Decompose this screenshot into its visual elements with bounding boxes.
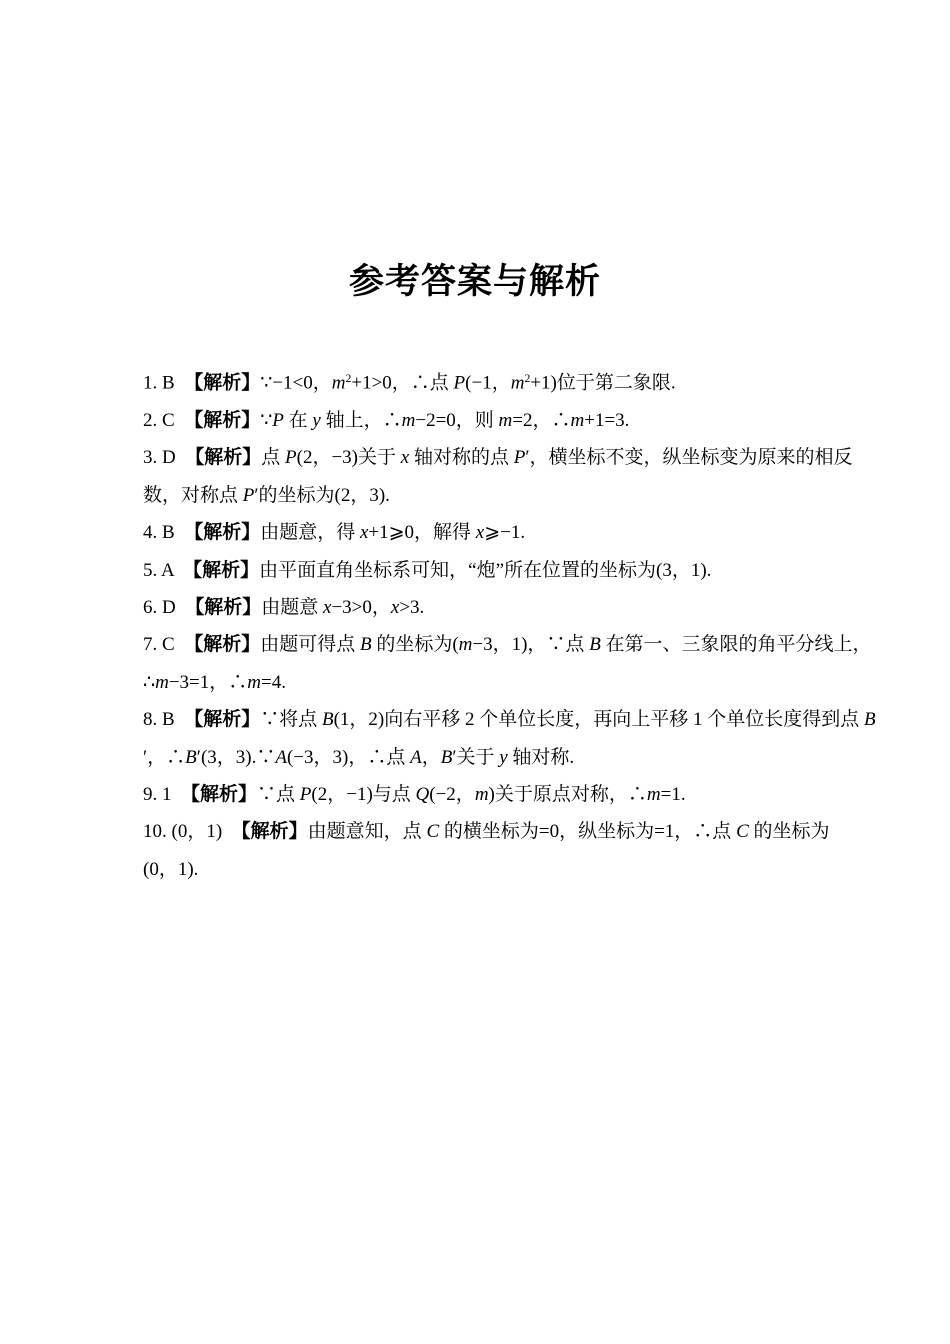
answer-line: 8. B 【解析】∵将点 B(1，2)向右平移 2 个单位长度，再向上平移 1 … — [143, 701, 833, 738]
text-run: 10. (0，1) — [143, 821, 241, 842]
text-run: ∴ — [143, 672, 155, 693]
text-run: ∵−1<0， — [260, 372, 332, 393]
analysis-label: 【解析】 — [194, 709, 261, 730]
math-variable: y — [312, 410, 320, 431]
answer-line: ′，∴B′(3，3).∵A(−3，3)，∴点 A，B′关于 y 轴对称. — [143, 739, 833, 776]
analysis-label: 【解析】 — [241, 821, 308, 842]
answer-line: 4. B 【解析】由题意，得 x+1⩾0，解得 x⩾−1. — [143, 514, 833, 551]
math-variable: y — [499, 747, 507, 768]
text-run: 轴对称. — [508, 747, 575, 768]
text-run: ′的坐标为(2，3). — [254, 485, 390, 506]
answer-item-8: 8. B 【解析】∵将点 B(1，2)向右平移 2 个单位长度，再向上平移 1 … — [143, 701, 833, 776]
math-variable: A — [410, 747, 422, 768]
text-run: 在第一、三象限的角平分线上， — [601, 634, 872, 655]
math-variable: C — [426, 821, 439, 842]
text-run: =4. — [261, 672, 286, 693]
text-run: ′，∴ — [143, 747, 185, 768]
answer-item-10: 10. (0，1) 【解析】由题意知，点 C 的横坐标为=0，纵坐标为=1，∴点… — [143, 813, 833, 888]
text-run: +1)位于第二象限. — [530, 372, 675, 393]
text-run: 点 — [261, 447, 285, 468]
analysis-label: 【解析】 — [193, 560, 260, 581]
text-run: 1. B — [143, 372, 194, 393]
text-run: −3，1)，∵点 — [472, 634, 589, 655]
text-run: (−3，3)，∴点 — [287, 747, 410, 768]
analysis-label: 【解析】 — [195, 447, 262, 468]
math-variable: m — [459, 634, 473, 655]
text-run: 3. D — [143, 447, 195, 468]
math-variable: B — [322, 709, 334, 730]
text-run: 由题可得点 — [260, 634, 360, 655]
answer-line: 10. (0，1) 【解析】由题意知，点 C 的横坐标为=0，纵坐标为=1，∴点… — [143, 813, 833, 850]
answer-line: 2. C 【解析】∵P 在 y 轴上，∴m−2=0，则 m=2，∴m+1=3. — [143, 402, 833, 439]
answer-list: 1. B 【解析】∵−1<0，m2+1>0，∴点 P(−1，m2+1)位于第二象… — [143, 360, 833, 888]
text-run: (1，2)向右平移 2 个单位长度，再向上平移 1 个单位长度得到点 — [334, 709, 864, 730]
math-variable: B — [441, 747, 453, 768]
math-variable: x — [401, 447, 409, 468]
math-variable: A — [275, 747, 287, 768]
document-page: 参考答案与解析 1. B 【解析】∵−1<0，m2+1>0，∴点 P(−1，m2… — [0, 0, 950, 1344]
text-run: ∵ — [260, 410, 272, 431]
text-run: (2，−1)与点 — [311, 784, 415, 805]
text-run: ′关于 — [452, 747, 499, 768]
math-variable: P — [300, 784, 312, 805]
math-variable: m — [247, 672, 261, 693]
text-run: +1⩾0，解得 — [368, 522, 475, 543]
text-run: 9. 1 — [143, 784, 191, 805]
answer-line: 9. 1 【解析】∵点 P(2，−1)与点 Q(−2，m)关于原点对称，∴m=1… — [143, 776, 833, 813]
text-run: (2，−3)关于 — [297, 447, 401, 468]
text-run: 轴上，∴ — [321, 410, 402, 431]
answer-item-9: 9. 1 【解析】∵点 P(2，−1)与点 Q(−2，m)关于原点对称，∴m=1… — [143, 776, 833, 813]
math-variable: Q — [416, 784, 430, 805]
math-variable: P — [514, 447, 526, 468]
math-variable: P — [243, 485, 255, 506]
answer-line: 6. D 【解析】由题意 x−3>0，x>3. — [143, 589, 833, 626]
text-run: ， — [422, 747, 441, 768]
text-run: ⩾−1. — [484, 522, 525, 543]
text-run: (−2， — [429, 784, 475, 805]
text-run: 轴对称的点 — [409, 447, 514, 468]
answer-line: 5. A 【解析】由平面直角坐标系可知，“炮”所在位置的坐标为(3，1). — [143, 552, 833, 589]
math-variable: P — [285, 447, 297, 468]
text-run: ′，横坐标不变，纵坐标变为原来的相反 — [525, 447, 852, 468]
answer-line: 1. B 【解析】∵−1<0，m2+1>0，∴点 P(−1，m2+1)位于第二象… — [143, 360, 833, 402]
answer-item-6: 6. D 【解析】由题意 x−3>0，x>3. — [143, 589, 833, 626]
text-run: 数，对称点 — [143, 485, 243, 506]
text-run: (−1， — [465, 372, 511, 393]
answer-item-5: 5. A 【解析】由平面直角坐标系可知，“炮”所在位置的坐标为(3，1). — [143, 552, 833, 589]
text-run: 6. D — [143, 597, 195, 618]
math-variable: B — [185, 747, 197, 768]
text-run: 7. C — [143, 634, 194, 655]
math-variable: m — [571, 410, 585, 431]
analysis-label: 【解析】 — [194, 634, 261, 655]
text-run: )关于原点对称，∴ — [489, 784, 647, 805]
text-run: 由题意知，点 — [308, 821, 427, 842]
text-run: −2=0，则 — [415, 410, 498, 431]
text-run: >3. — [399, 597, 424, 618]
text-run: ∵点 — [257, 784, 300, 805]
analysis-label: 【解析】 — [195, 597, 262, 618]
text-run: 5. A — [143, 560, 193, 581]
text-run: 的坐标为 — [749, 821, 830, 842]
text-run: 2. C — [143, 410, 194, 431]
math-variable: m — [647, 784, 661, 805]
text-run: −3=1，∴ — [169, 672, 247, 693]
text-run: +1>0，∴点 — [351, 372, 453, 393]
text-run: 由平面直角坐标系可知，“炮”所在位置的坐标为(3，1). — [259, 560, 711, 581]
math-variable: m — [155, 672, 169, 693]
text-run: 4. B — [143, 522, 194, 543]
math-variable: m — [402, 410, 416, 431]
answer-line: 7. C 【解析】由题可得点 B 的坐标为(m−3，1)，∵点 B 在第一、三象… — [143, 626, 833, 663]
answer-line: 3. D 【解析】点 P(2，−3)关于 x 轴对称的点 P′，横坐标不变，纵坐… — [143, 439, 833, 476]
text-run: 在 — [284, 410, 313, 431]
answer-item-2: 2. C 【解析】∵P 在 y 轴上，∴m−2=0，则 m=2，∴m+1=3. — [143, 402, 833, 439]
text-run: 的坐标为( — [372, 634, 459, 655]
analysis-label: 【解析】 — [191, 784, 258, 805]
math-variable: x — [476, 522, 484, 543]
text-run: ′(3，3).∵ — [197, 747, 276, 768]
math-variable: P — [272, 410, 284, 431]
math-variable: m — [332, 372, 346, 393]
text-run: −3>0， — [331, 597, 390, 618]
math-variable: B — [360, 634, 372, 655]
math-variable: B — [589, 634, 601, 655]
page-title: 参考答案与解析 — [0, 261, 950, 303]
answer-item-1: 1. B 【解析】∵−1<0，m2+1>0，∴点 P(−1，m2+1)位于第二象… — [143, 360, 833, 402]
text-run: 由题意，得 — [260, 522, 360, 543]
math-variable: B — [864, 709, 876, 730]
analysis-label: 【解析】 — [194, 372, 261, 393]
answer-line: (0，1). — [143, 851, 833, 888]
answer-line: ∴m−3=1，∴m=4. — [143, 664, 833, 701]
math-variable: P — [454, 372, 466, 393]
answer-item-7: 7. C 【解析】由题可得点 B 的坐标为(m−3，1)，∵点 B 在第一、三象… — [143, 626, 833, 701]
answer-item-3: 3. D 【解析】点 P(2，−3)关于 x 轴对称的点 P′，横坐标不变，纵坐… — [143, 439, 833, 514]
text-run: ∵将点 — [260, 709, 322, 730]
math-variable: m — [475, 784, 489, 805]
text-run: =2，∴ — [512, 410, 570, 431]
text-run: +1=3. — [584, 410, 629, 431]
text-run: 由题意 — [261, 597, 323, 618]
analysis-label: 【解析】 — [194, 410, 261, 431]
math-variable: m — [511, 372, 525, 393]
answer-item-4: 4. B 【解析】由题意，得 x+1⩾0，解得 x⩾−1. — [143, 514, 833, 551]
text-run: =1. — [661, 784, 686, 805]
math-variable: C — [736, 821, 749, 842]
text-run: 的横坐标为=0，纵坐标为=1，∴点 — [439, 821, 736, 842]
math-variable: m — [499, 410, 513, 431]
analysis-label: 【解析】 — [194, 522, 261, 543]
text-run: (0，1). — [143, 859, 198, 880]
text-run: 8. B — [143, 709, 194, 730]
answer-line: 数，对称点 P′的坐标为(2，3). — [143, 477, 833, 514]
